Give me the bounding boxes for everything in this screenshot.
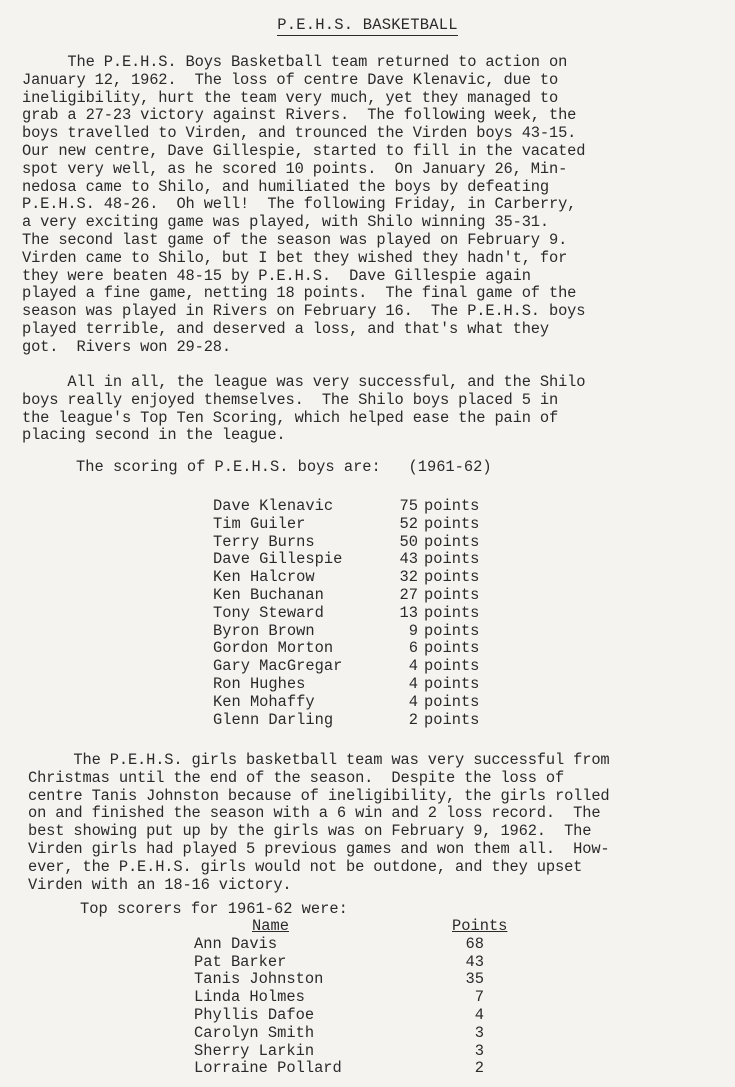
text-line: Our new centre, Dave Gillespie, started …	[22, 143, 722, 161]
text-line: Virden girls had played 5 previous games…	[28, 841, 728, 859]
player-points: 3	[444, 1025, 484, 1043]
table-row: Lorraine Pollard2	[194, 1060, 507, 1078]
points-unit: points	[424, 551, 479, 569]
player-points: 2	[444, 1060, 484, 1078]
table-row: Linda Holmes7	[194, 989, 507, 1007]
document-page: P.E.H.S. BASKETBALL The P.E.H.S. Boys Ba…	[0, 0, 735, 1087]
points-unit: points	[424, 712, 479, 730]
player-name: Ken Halcrow	[213, 569, 388, 587]
points-unit: points	[424, 498, 479, 516]
player-name: Ken Buchanan	[213, 587, 388, 605]
table-row: Sherry Larkin3	[194, 1043, 507, 1061]
points-unit: points	[424, 676, 479, 694]
text-line: The second last game of the season was p…	[22, 232, 722, 250]
player-points: 35	[444, 971, 484, 989]
text-line: got. Rivers won 29-28.	[22, 339, 722, 357]
text-line: The P.E.H.S. girls basketball team was v…	[28, 752, 728, 770]
text-line: spot very well, as he scored 10 points. …	[22, 161, 722, 179]
player-name: Sherry Larkin	[194, 1043, 444, 1061]
table-row: Gary MacGregar4points	[213, 658, 479, 676]
player-name: Gary MacGregar	[213, 658, 388, 676]
text-line: they were beaten 48-15 by P.E.H.S. Dave …	[22, 268, 722, 286]
player-points: 75	[388, 498, 424, 516]
text-line: ineligibility, hurt the team very much, …	[22, 90, 722, 108]
player-points: 43	[444, 954, 484, 972]
text-line: P.E.H.S. 48-26. Oh well! The following F…	[22, 196, 722, 214]
player-points: 7	[444, 989, 484, 1007]
girls-scoring-table: Name Points Ann Davis68Pat Barker43Tanis…	[194, 918, 507, 1078]
player-points: 13	[388, 605, 424, 623]
girls-report-paragraph: The P.E.H.S. girls basketball team was v…	[28, 752, 728, 894]
points-unit: points	[424, 587, 479, 605]
points-unit: points	[424, 694, 479, 712]
text-line: a very exciting game was played, with Sh…	[22, 214, 722, 232]
player-points: 68	[444, 936, 484, 954]
table-row: Ron Hughes4points	[213, 676, 479, 694]
player-points: 4	[444, 1007, 484, 1025]
table-row: Glenn Darling2points	[213, 712, 479, 730]
table-row: Ken Halcrow32points	[213, 569, 479, 587]
player-name: Carolyn Smith	[194, 1025, 444, 1043]
player-points: 4	[388, 694, 424, 712]
table-row: Phyllis Dafoe4	[194, 1007, 507, 1025]
text-line: January 12, 1962. The loss of centre Dav…	[22, 72, 722, 90]
player-name: Gordon Morton	[213, 640, 388, 658]
column-header-name: Name	[252, 918, 302, 936]
text-line: boys really enjoyed themselves. The Shil…	[22, 392, 722, 410]
page-title-text: P.E.H.S. BASKETBALL	[277, 16, 458, 36]
points-unit: points	[424, 623, 479, 641]
text-line: the league's Top Ten Scoring, which help…	[22, 410, 722, 428]
text-line: All in all, the league was very successf…	[22, 374, 722, 392]
text-line: placing second in the league.	[22, 427, 722, 445]
table-row: Gordon Morton6points	[213, 640, 479, 658]
points-unit: points	[424, 569, 479, 587]
text-line: played terrible, and deserved a loss, an…	[22, 321, 722, 339]
boys-report-paragraph: The P.E.H.S. Boys Basketball team return…	[22, 54, 722, 357]
table-row: Dave Gillespie43points	[213, 551, 479, 569]
boys-scoring-heading: The scoring of P.E.H.S. boys are: (1961-…	[76, 458, 492, 476]
player-name: Tanis Johnston	[194, 971, 444, 989]
points-unit: points	[424, 516, 479, 534]
text-line: Virden with an 18-16 victory.	[28, 877, 728, 895]
girls-scoring-heading: Top scorers for 1961-62 were:	[80, 900, 348, 918]
text-line: on and finished the season with a 6 win …	[28, 805, 728, 823]
player-name: Byron Brown	[213, 623, 388, 641]
table-row: Tony Steward13points	[213, 605, 479, 623]
player-points: 52	[388, 516, 424, 534]
player-name: Pat Barker	[194, 954, 444, 972]
player-name: Tony Steward	[213, 605, 388, 623]
text-line: Virden came to Shilo, but I bet they wis…	[22, 250, 722, 268]
player-name: Glenn Darling	[213, 712, 388, 730]
player-points: 27	[388, 587, 424, 605]
table-row: Tim Guiler52points	[213, 516, 479, 534]
text-line: best showing put up by the girls was on …	[28, 823, 728, 841]
text-line: season was played in Rivers on February …	[22, 303, 722, 321]
points-unit: points	[424, 605, 479, 623]
table-row: Ken Buchanan27points	[213, 587, 479, 605]
table-row: Dave Klenavic75points	[213, 498, 479, 516]
player-points: 43	[388, 551, 424, 569]
text-line: boys travelled to Virden, and trounced t…	[22, 125, 722, 143]
text-line: ever, the P.E.H.S. girls would not be ou…	[28, 859, 728, 877]
player-points: 4	[388, 658, 424, 676]
player-points: 2	[388, 712, 424, 730]
text-line: grab a 27-23 victory against Rivers. The…	[22, 107, 722, 125]
table-row: Terry Burns50points	[213, 534, 479, 552]
page-title: P.E.H.S. BASKETBALL	[0, 16, 735, 34]
table-row: Ken Mohaffy4points	[213, 694, 479, 712]
player-name: Linda Holmes	[194, 989, 444, 1007]
points-unit: points	[424, 534, 479, 552]
player-name: Phyllis Dafoe	[194, 1007, 444, 1025]
player-points: 3	[444, 1043, 484, 1061]
player-name: Dave Gillespie	[213, 551, 388, 569]
table-row: Carolyn Smith3	[194, 1025, 507, 1043]
text-line: centre Tanis Johnston because of ineligi…	[28, 788, 728, 806]
player-points: 6	[388, 640, 424, 658]
column-header-points: Points	[452, 918, 507, 936]
points-unit: points	[424, 640, 479, 658]
text-line: Christmas until the end of the season. D…	[28, 770, 728, 788]
player-name: Lorraine Pollard	[194, 1060, 444, 1078]
table-row: Tanis Johnston35	[194, 971, 507, 989]
points-unit: points	[424, 658, 479, 676]
player-points: 9	[388, 623, 424, 641]
player-name: Dave Klenavic	[213, 498, 388, 516]
girls-table-header: Name Points	[194, 918, 507, 936]
boys-scoring-table: Dave Klenavic75pointsTim Guiler52pointsT…	[213, 498, 479, 729]
player-points: 4	[388, 676, 424, 694]
player-name: Ron Hughes	[213, 676, 388, 694]
text-line: played a fine game, netting 18 points. T…	[22, 285, 722, 303]
player-points: 50	[388, 534, 424, 552]
player-name: Ann Davis	[194, 936, 444, 954]
table-row: Ann Davis68	[194, 936, 507, 954]
table-row: Byron Brown9points	[213, 623, 479, 641]
table-row: Pat Barker43	[194, 954, 507, 972]
player-name: Tim Guiler	[213, 516, 388, 534]
text-line: nedosa came to Shilo, and humiliated the…	[22, 179, 722, 197]
league-summary-paragraph: All in all, the league was very successf…	[22, 374, 722, 445]
player-name: Terry Burns	[213, 534, 388, 552]
player-points: 32	[388, 569, 424, 587]
text-line: The P.E.H.S. Boys Basketball team return…	[22, 54, 722, 72]
player-name: Ken Mohaffy	[213, 694, 388, 712]
